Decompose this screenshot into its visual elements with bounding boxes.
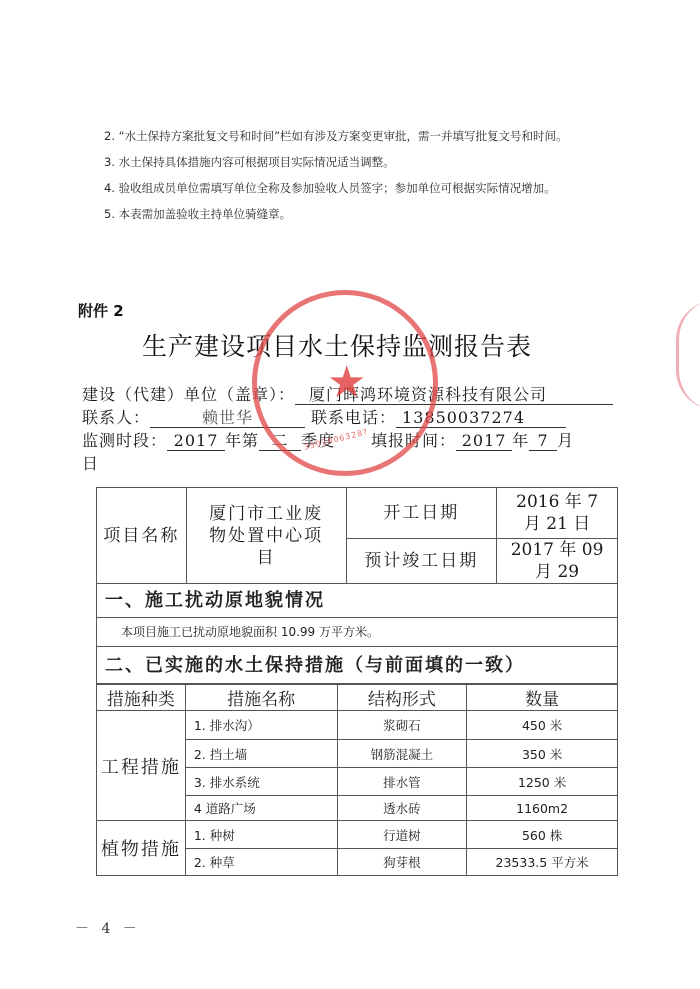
measure-name: 3. 排水系统 [185,768,337,796]
notes-list: 2. “水土保持方案批复文号和时间”栏如有涉及方案变更审批，需一并填写批复文号和… [104,123,568,227]
project-name-value: 厦门市工业废物处置中心项目 [186,488,346,584]
header-qty: 数量 [467,685,618,711]
measure-form: 狗芽根 [337,849,467,876]
measure-form: 行道树 [337,821,467,849]
measure-form: 排水管 [337,768,467,796]
header-name: 措施名称 [185,685,337,711]
measure-form: 浆砌石 [337,711,467,740]
measure-form: 钢筋混凝土 [337,740,467,768]
measure-name: 1. 排水沟） [185,711,337,740]
note-item: 4. 验收组成员单位需填写单位全称及参加验收人员签字；参加单位可根据实际情况增加… [104,175,568,201]
period-quarter-suffix: 季度 [301,431,335,450]
unit-label: 建设（代建）单位（盖章）： [82,385,295,404]
period-label: 监测时段： [82,431,167,450]
edge-seal [676,300,700,410]
measure-qty: 350 米 [467,740,618,768]
phone-value: 13850037274 [396,409,566,428]
project-name-label: 项目名称 [97,488,187,584]
measure-form: 透水砖 [337,796,467,821]
start-date-label: 开工日期 [346,488,497,539]
note-item: 2. “水土保持方案批复文号和时间”栏如有涉及方案变更审批，需一并填写批复文号和… [104,123,568,149]
report-day: 日 [82,451,99,474]
project-info-table: 项目名称 厦门市工业废物处置中心项目 开工日期 2016 年 7 月 21 日 … [96,487,618,584]
contact-value: 赖世华 [150,409,305,428]
category-engineering: 工程措施 [97,711,186,821]
page-title: 生产建设项目水土保持监测报告表 [142,327,532,363]
measure-qty: 23533.5 平方米 [467,849,618,876]
note-item: 3. 水土保持具体措施内容可根据项目实际情况适当调整。 [104,149,568,175]
attachment-label: 附件 2 [78,300,124,321]
header-form: 结构形式 [337,685,467,711]
header-category: 措施种类 [97,685,186,711]
contact-line: 联系人：赖世华联系电话：13850037274 [82,405,566,428]
period-line: 监测时段：2017年第二季度填报时间：2017年7月 [82,428,574,451]
report-month: 7 [529,432,557,451]
measure-name: 4 道路广场 [185,796,337,821]
unit-value: 厦门晖鸿环境资源科技有限公司 [295,386,613,405]
measures-table: 措施种类 措施名称 结构形式 数量 工程措施 1. 排水沟） 浆砌石 450 米… [96,684,618,876]
contact-label: 联系人： [82,408,150,427]
section2-heading: 二、已实施的水土保持措施（与前面填的一致） [96,647,618,684]
measure-qty: 560 株 [467,821,618,849]
end-date-value: 2017 年 09 月 29 [497,539,618,584]
period-year-suffix: 年第 [225,431,259,450]
measure-name: 1. 种树 [185,821,337,849]
measure-name: 2. 挡土墙 [185,740,337,768]
measure-qty: 450 米 [467,711,618,740]
section1-heading: 一、施工扰动原地貌情况 [96,583,618,618]
report-year-suffix: 年 [512,431,529,450]
measure-qty: 1250 米 [467,768,618,796]
page-number: － 4 － [75,918,141,938]
period-quarter: 二 [259,432,301,451]
period-year: 2017 [167,432,225,451]
end-date-label: 预计竣工日期 [346,539,497,584]
report-month-suffix: 月 [557,431,574,450]
measure-qty: 1160m2 [467,796,618,821]
unit-line: 建设（代建）单位（盖章）：厦门晖鸿环境资源科技有限公司 [82,382,613,405]
report-year: 2017 [456,432,512,451]
note-item: 5. 本表需加盖验收主持单位骑缝章。 [104,201,568,227]
measure-name: 2. 种草 [185,849,337,876]
report-label: 填报时间： [371,431,456,450]
start-date-value: 2016 年 7 月 21 日 [497,488,618,539]
category-vegetation: 植物措施 [97,821,186,876]
section1-text: 本项目施工已扰动原地貌面积 10.99 万平方米。 [96,618,618,647]
phone-label: 联系电话： [311,408,396,427]
